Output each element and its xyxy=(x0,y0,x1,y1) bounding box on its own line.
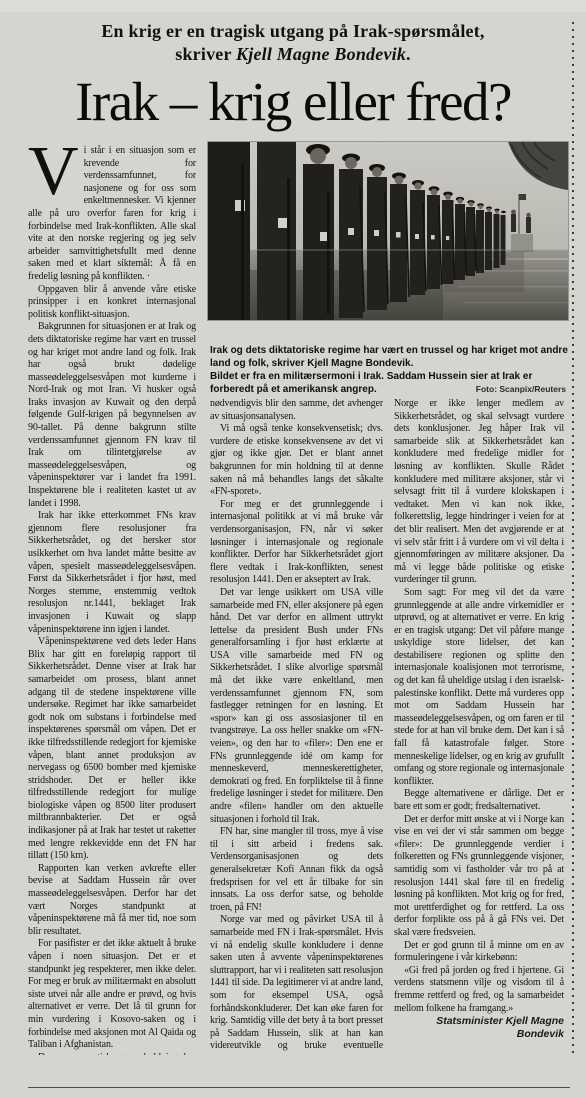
military-ceremony-illustration xyxy=(208,142,568,320)
body-paragraph: Irak har ikke etterkommet FNs krav gjenn… xyxy=(28,510,196,636)
body-paragraph: Norge var med og påvirket USA til å sama… xyxy=(210,914,383,1053)
body-paragraph: Det var lenge usikkert om USA ville sama… xyxy=(210,587,383,826)
article-column-2: nødvendigvis blir den samme, det avhenge… xyxy=(210,398,383,1053)
body-paragraph: Rapporten kan verken avkrefte eller bevi… xyxy=(28,863,196,939)
body-paragraph: Vi må også tenke konsekvensetisk; dvs. v… xyxy=(210,423,383,499)
body-paragraph: For meg er det grunnleggende i internasj… xyxy=(210,499,383,587)
photo-caption: Irak og dets diktatoriske regime har vær… xyxy=(210,344,568,396)
body-paragraph: Som sagt: For meg vil det da være grunnl… xyxy=(394,587,564,789)
body-paragraph: «Gi fred på jorden og fred i hjertene. G… xyxy=(394,965,564,1015)
newspaper-page: { "kicker": { "line1": "En krig er en tr… xyxy=(0,0,586,1098)
article-column-1: Vi står i en situasjon som er krevende f… xyxy=(28,145,196,1055)
article-column-3: Norge er ikke lenger medlem av Sikkerhet… xyxy=(394,398,564,1088)
column-divider-dotted-rule xyxy=(572,22,574,1058)
body-paragraph: Begge alternativene er dårlige. Det er b… xyxy=(394,788,564,813)
author-signature: Statsminister Kjell Magne Bondevik xyxy=(394,1015,564,1040)
kicker: En krig er en tragisk utgang på Irak-spø… xyxy=(0,20,586,66)
bottom-rule xyxy=(28,1087,570,1088)
body-paragraph: For pasifister er det ikke aktuelt å bru… xyxy=(28,938,196,1051)
kicker-line2-suffix: . xyxy=(406,44,411,64)
page-top-edge xyxy=(0,0,586,12)
body-paragraph: nødvendigvis blir den samme, det avhenge… xyxy=(210,398,383,423)
caption-sentence-1: Irak og dets diktatoriske regime har vær… xyxy=(210,345,568,369)
body-paragraph: Det er god grunn til å minne om en av fo… xyxy=(394,940,564,965)
kicker-line2-prefix: skriver xyxy=(175,44,236,64)
body-paragraph: FN har, sine mangler til tross, mye å vi… xyxy=(210,826,383,914)
body-paragraph: Norge er ikke lenger medlem av Sikkerhet… xyxy=(394,398,564,587)
body-paragraph: Vi står i en situasjon som er krevende f… xyxy=(28,145,196,284)
headline: Irak – krig eller fred? xyxy=(0,72,586,132)
body-paragraph: Oppgaven blir å anvende våre etiske prin… xyxy=(28,284,196,322)
body-paragraph: Den samme etiske grunnholdning har jeg i… xyxy=(28,1052,196,1055)
article-photo xyxy=(208,142,568,320)
body-paragraph: Bakgrunnen for situasjonen er at Irak og… xyxy=(28,321,196,510)
drop-cap: V xyxy=(28,145,84,197)
kicker-author: Kjell Magne Bondevik xyxy=(236,44,406,64)
body-paragraph: Våpeninspektørene ved dets leder Hans Bl… xyxy=(28,636,196,863)
photo-credit: Foto: Scanpix/Reuters xyxy=(476,383,566,396)
kicker-line1: En krig er en tragisk utgang på Irak-spø… xyxy=(101,21,484,41)
body-paragraph: Det er derfor mitt ønske at vi i Norge k… xyxy=(394,814,564,940)
